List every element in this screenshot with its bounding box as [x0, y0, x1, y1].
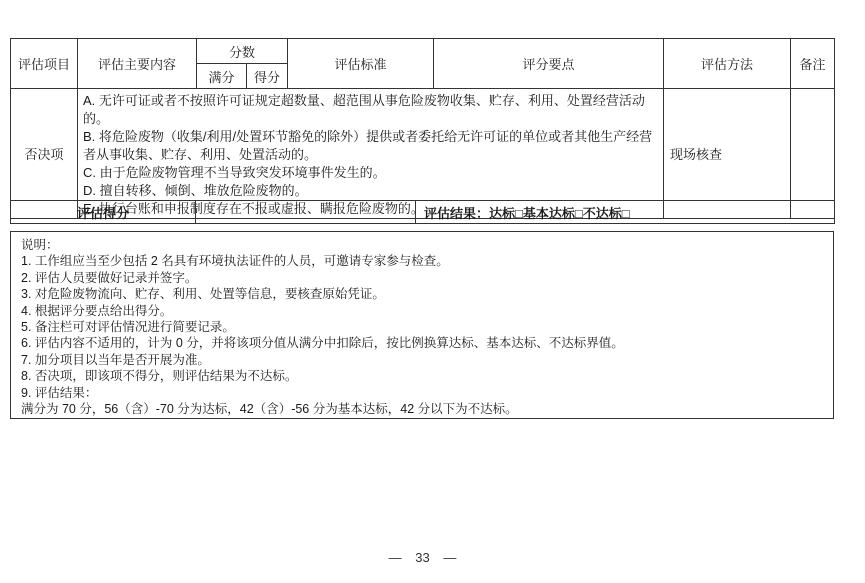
- veto-line-b: B. 将危险废物（收集/利用/处置环节豁免的除外）提供或者委托给无许可证的单位或…: [83, 128, 659, 164]
- notes-box: 说明： 1. 工作组应当至少包括 2 名具有环境执法证件的人员，可邀请专家参与检…: [10, 231, 834, 419]
- note-item-5: 5. 备注栏可对评估情况进行简要记录。: [21, 319, 823, 335]
- note-item-7: 7. 加分项目以当年是否开展为准。: [21, 352, 823, 368]
- page-number: — 33 —: [0, 550, 845, 565]
- eval-score-label: 评估得分: [11, 201, 196, 224]
- header-eval-method: 评估方法: [664, 39, 791, 89]
- header-full-score: 满分: [197, 64, 247, 89]
- note-item-8: 8. 否决项，即该项不得分，则评估结果为不达标。: [21, 368, 823, 384]
- eval-score-value-cell: [196, 201, 416, 224]
- note-item-3: 3. 对危险废物流向、贮存、利用、处置等信息，要核查原始凭证。: [21, 286, 823, 302]
- document-page: 评估项目 评估主要内容 分数 评估标准 评分要点 评估方法 备注 满分 得分 否…: [0, 0, 865, 583]
- header-got-score: 得分: [247, 64, 288, 89]
- veto-line-c: C. 由于危险废物管理不当导致突发环境事件发生的。: [83, 164, 659, 182]
- veto-content-cell: A. 无许可证或者不按照许可证规定超数量、超范围从事危险废物收集、贮存、利用、处…: [78, 89, 664, 219]
- eval-method-cell: 现场核查: [664, 89, 791, 219]
- veto-line-d: D. 擅自转移、倾倒、堆放危险废物的。: [83, 182, 659, 200]
- eval-result-checkboxes: 评估结果：达标□基本达标□不达标□: [416, 201, 835, 224]
- header-eval-standard: 评估标准: [288, 39, 434, 89]
- notes-title: 说明：: [21, 237, 823, 253]
- note-item-9: 9. 评估结果：: [21, 385, 823, 401]
- note-item-6: 6. 评估内容不适用的，计为 0 分，并将该项分值从满分中扣除后，按比例换算达标…: [21, 335, 823, 351]
- header-score-points: 评分要点: [434, 39, 664, 89]
- header-score-group: 分数: [197, 39, 288, 64]
- evaluation-table: 评估项目 评估主要内容 分数 评估标准 评分要点 评估方法 备注 满分 得分 否…: [10, 38, 835, 219]
- veto-line-a: A. 无许可证或者不按照许可证规定超数量、超范围从事危险废物收集、贮存、利用、处…: [83, 92, 659, 128]
- note-item-result-thresholds: 满分为 70 分，56（含）-70 分为达标，42（含）-56 分为基本达标，4…: [21, 401, 823, 417]
- veto-item-label: 否决项: [11, 89, 78, 219]
- note-item-4: 4. 根据评分要点给出得分。: [21, 303, 823, 319]
- header-remark: 备注: [791, 39, 835, 89]
- score-result-table: 评估得分 评估结果：达标□基本达标□不达标□: [10, 200, 835, 224]
- header-eval-content: 评估主要内容: [78, 39, 197, 89]
- header-eval-item: 评估项目: [11, 39, 78, 89]
- note-item-1: 1. 工作组应当至少包括 2 名具有环境执法证件的人员，可邀请专家参与检查。: [21, 253, 823, 269]
- remark-cell: [791, 89, 835, 219]
- note-item-2: 2. 评估人员要做好记录并签字。: [21, 270, 823, 286]
